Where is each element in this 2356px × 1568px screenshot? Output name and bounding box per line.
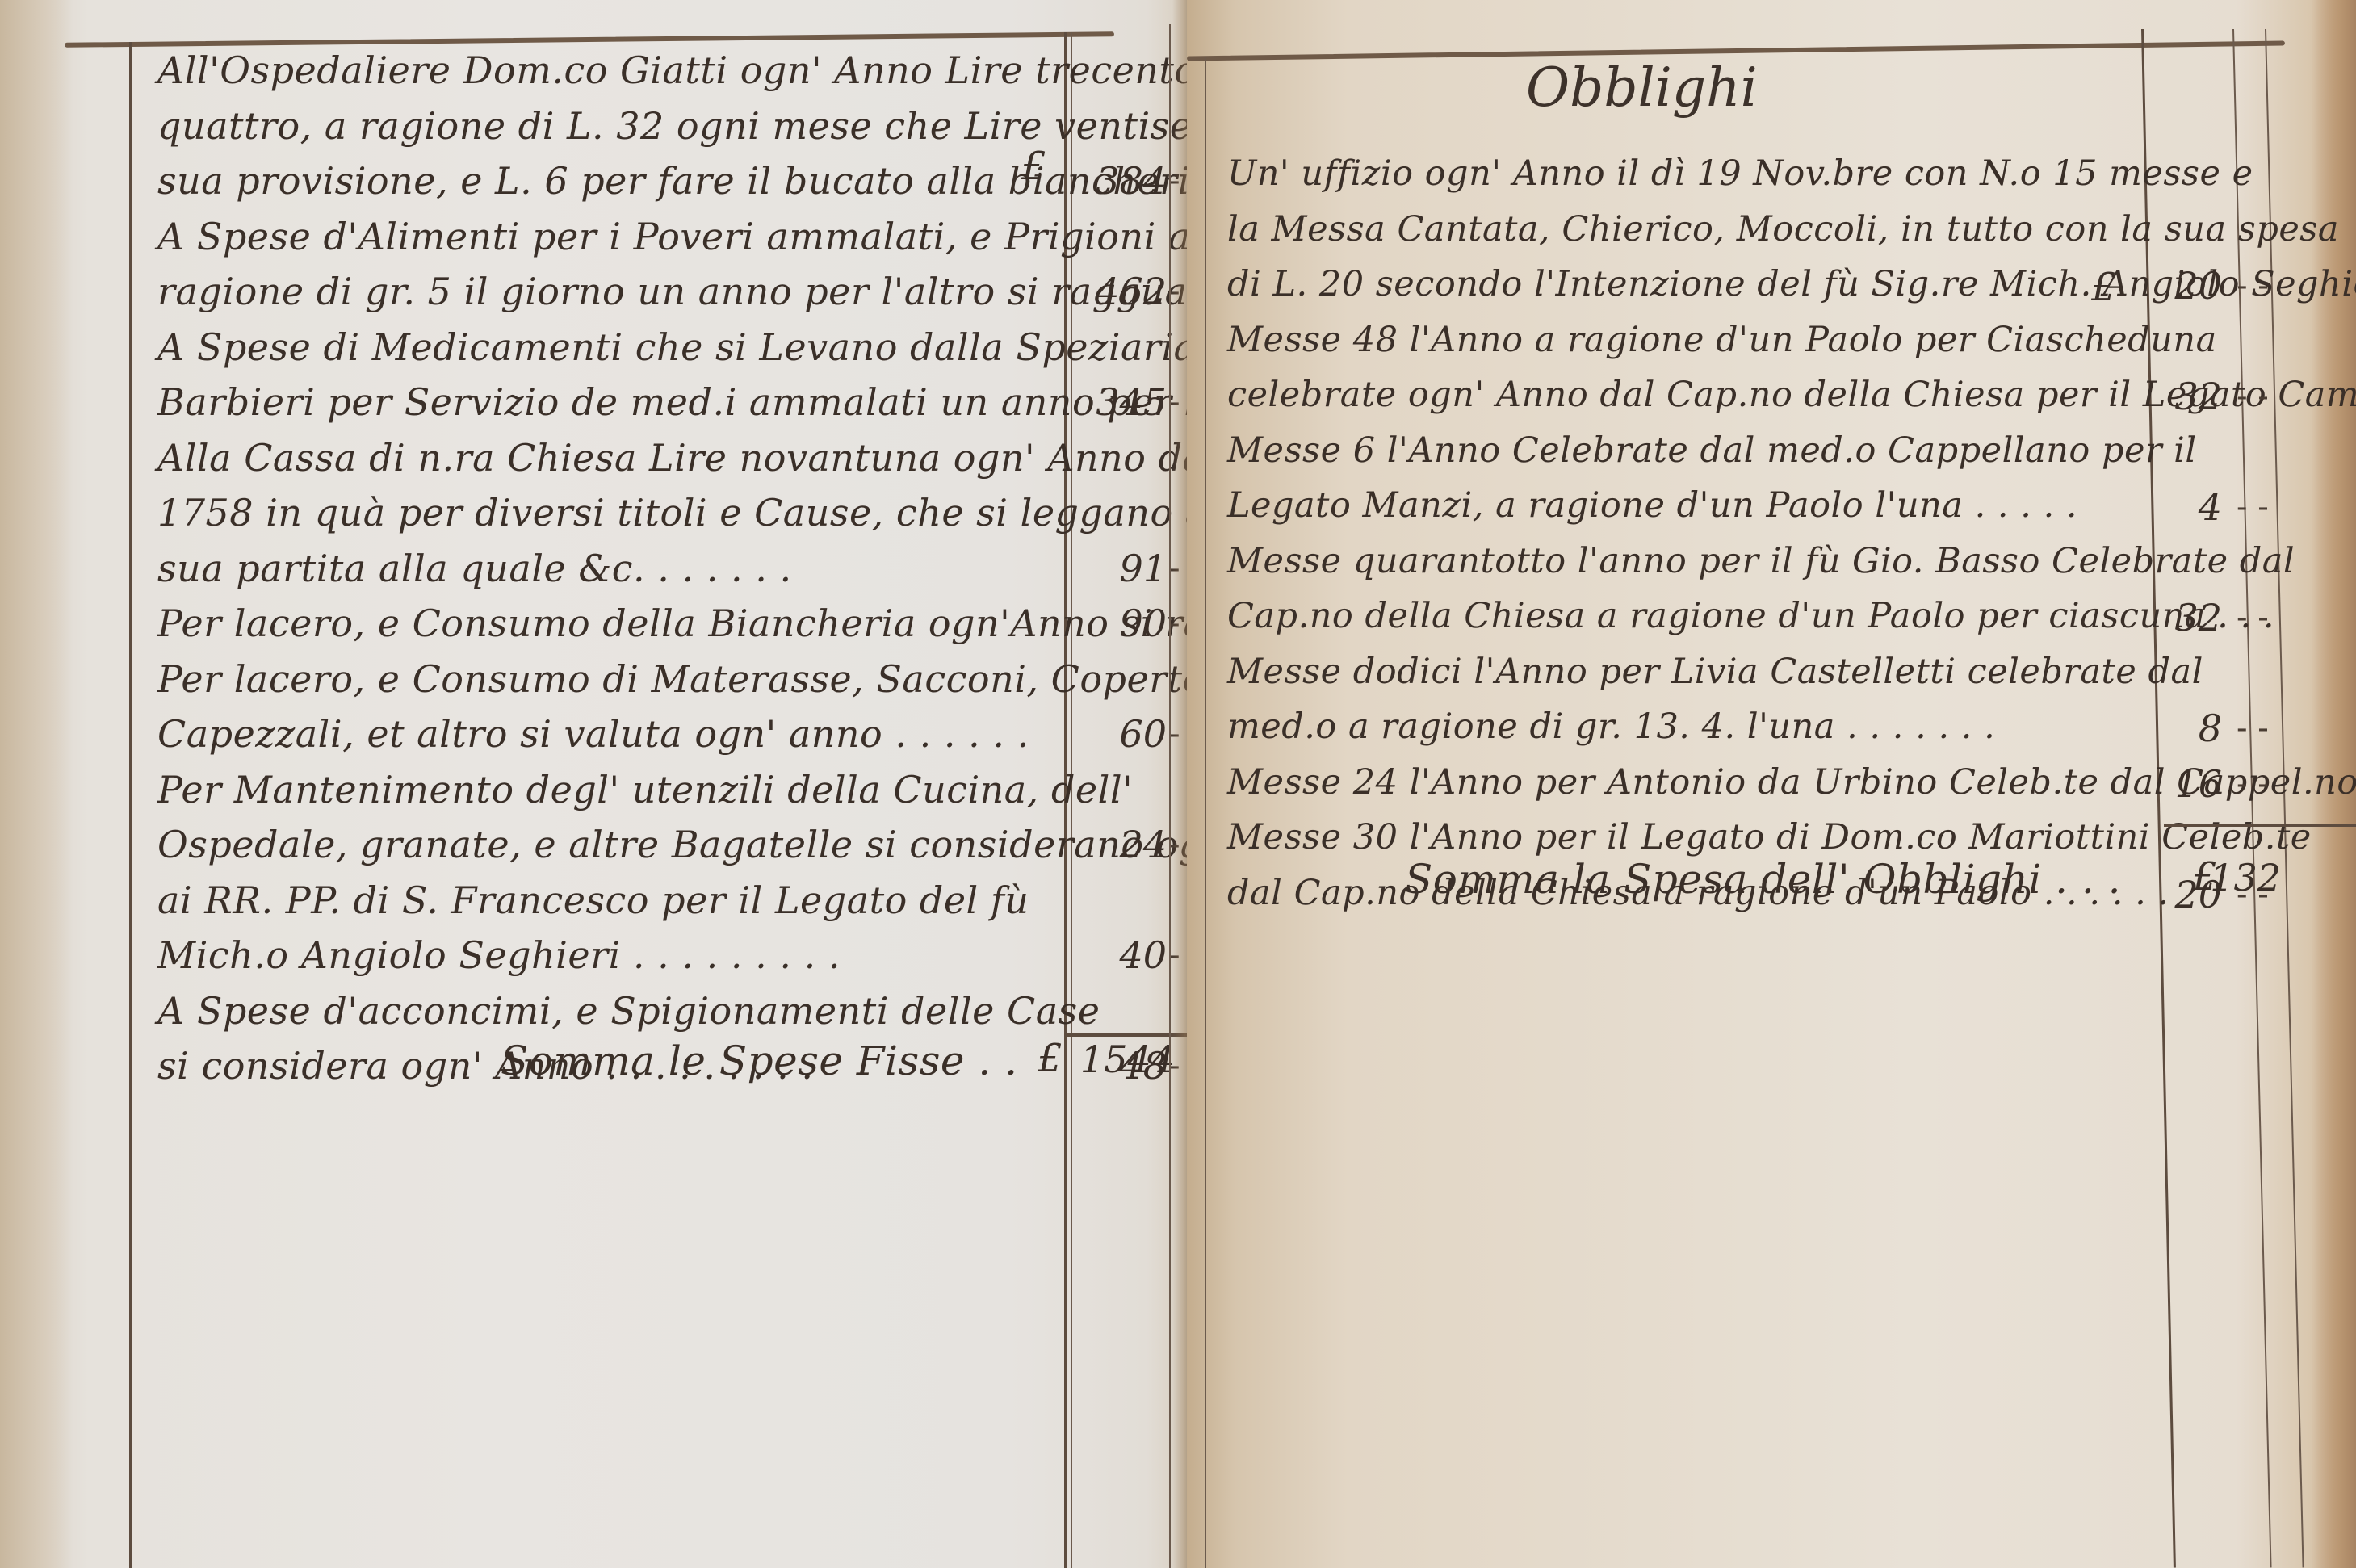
entry-line: Per Mantenimento degl' utenzili della Cu… — [157, 768, 1133, 811]
total-rule — [2164, 824, 2356, 827]
amount-dash: - - — [2237, 599, 2269, 636]
entry-line: Barbieri per Servizio de med.i ammalati … — [157, 380, 1187, 424]
entry-line: Per lacero, e Consumo di Materasse, Sacc… — [157, 657, 1187, 701]
entry-line: quattro, a ragione di L. 32 ogni mese ch… — [157, 104, 1187, 148]
entry-line: Messe 48 l'Anno a ragione d'un Paolo per… — [1227, 320, 2217, 360]
entry-line: Ospedale, granate, e altre Bagatelle si … — [157, 823, 1187, 866]
currency-symbol: £ — [1021, 144, 1046, 189]
entry-line: ai RR. PP. di S. Francesco per il Legato… — [157, 878, 1029, 922]
entry-line: 1758 in quà per diversi titoli e Cause, … — [157, 491, 1187, 535]
entry-line: ragione di gr. 5 il giorno un anno per l… — [157, 270, 1187, 313]
total-label: Somma la Spesa dell' Obblighi . . . — [1405, 856, 2121, 903]
entry-line: A Spese d'acconcimi, e Spigionamenti del… — [157, 989, 1100, 1033]
top-rule — [65, 31, 1114, 48]
entry-amount: 90 — [1090, 602, 1167, 645]
entry-line: Messe dodici l'Anno per Livia Castellett… — [1227, 652, 2203, 692]
entry-line: Capezzali, et altro si valuta ogn' anno … — [157, 712, 1029, 756]
entry-line: Messe 30 l'Anno per il Legato di Dom.co … — [1227, 817, 2312, 857]
entry-line: med.o a ragione di gr. 13. 4. l'una . . … — [1227, 706, 1995, 747]
entry-amount: 345 — [1090, 380, 1167, 424]
currency-symbol: £ — [1038, 1036, 1063, 1081]
amount-dash: - - — [2237, 378, 2269, 415]
amount-dash: - - — [2237, 710, 2269, 747]
entry-line: Alla Cassa di n.ra Chiesa Lire novantuna… — [157, 436, 1187, 480]
page-edge — [0, 0, 73, 1568]
entry-amount: 24 — [1090, 823, 1167, 866]
entry-line: Messe quarantotto l'anno per il fù Gio. … — [1227, 541, 2295, 581]
obblighi-heading: Obblighi — [1526, 57, 1758, 119]
left-page: All'Ospedaliere Dom.co Giatti ogn' Anno … — [0, 0, 1187, 1568]
entry-amount: 8 — [2148, 706, 2222, 750]
entry-line: Cap.no della Chiesa a ragione d'un Paolo… — [1227, 596, 2274, 636]
left-page-outer-rule — [1169, 24, 1171, 1568]
entry-line: sua partita alla quale &c. . . . . . . — [157, 547, 792, 590]
margin-rule — [1205, 57, 1206, 1568]
amount-dash: - - — [2237, 765, 2269, 803]
entry-line: Messe 6 l'Anno Celebrate dal med.o Cappe… — [1227, 430, 2197, 471]
entry-amount: 91 — [1090, 547, 1167, 590]
entry-amount: 20 — [2148, 264, 2222, 308]
entry-amount: 32 — [2148, 375, 2222, 418]
entry-line: Legato Manzi, a ragione d'un Paolo l'una… — [1227, 485, 2077, 526]
entry-line: Mich.o Angiolo Seghieri . . . . . . . . … — [157, 933, 841, 977]
right-page: Obblighi Un' uffizio ogn' Anno il dì 19 … — [1187, 0, 2356, 1568]
entry-amount: 4 — [2148, 485, 2222, 529]
entry-amount: 16 — [2148, 762, 2222, 806]
total-amount: 1544 — [1078, 1038, 1175, 1081]
amount-dash: - - — [2237, 488, 2269, 526]
amount-dash: - - — [2237, 267, 2269, 304]
entry-line: la Messa Cantata, Chierico, Moccoli, in … — [1227, 209, 2339, 249]
margin-rule — [129, 42, 132, 1568]
total-amount: 132 — [2208, 856, 2281, 899]
entry-line: A Spese d'Alimenti per i Poveri ammalati… — [157, 215, 1187, 258]
entry-amount: 60 — [1090, 712, 1167, 756]
entry-amount: 40 — [1090, 933, 1167, 977]
entry-line: Per lacero, e Consumo della Biancheria o… — [157, 602, 1187, 645]
entry-line: Un' uffizio ogn' Anno il dì 19 Nov.bre c… — [1227, 153, 2253, 194]
total-label: Somma le Spese Fisse . . — [501, 1038, 1018, 1084]
entry-amount: 462 — [1090, 270, 1167, 313]
entry-amount: 32 — [2148, 596, 2222, 639]
entry-amount: 384 — [1090, 159, 1167, 203]
entry-line: A Spese di Medicamenti che si Levano dal… — [157, 325, 1187, 369]
entry-line: All'Ospedaliere Dom.co Giatti ogn' Anno … — [157, 48, 1187, 92]
ledger-spread: All'Ospedaliere Dom.co Giatti ogn' Anno … — [0, 0, 2356, 1568]
currency-symbol: £ — [2091, 265, 2116, 310]
